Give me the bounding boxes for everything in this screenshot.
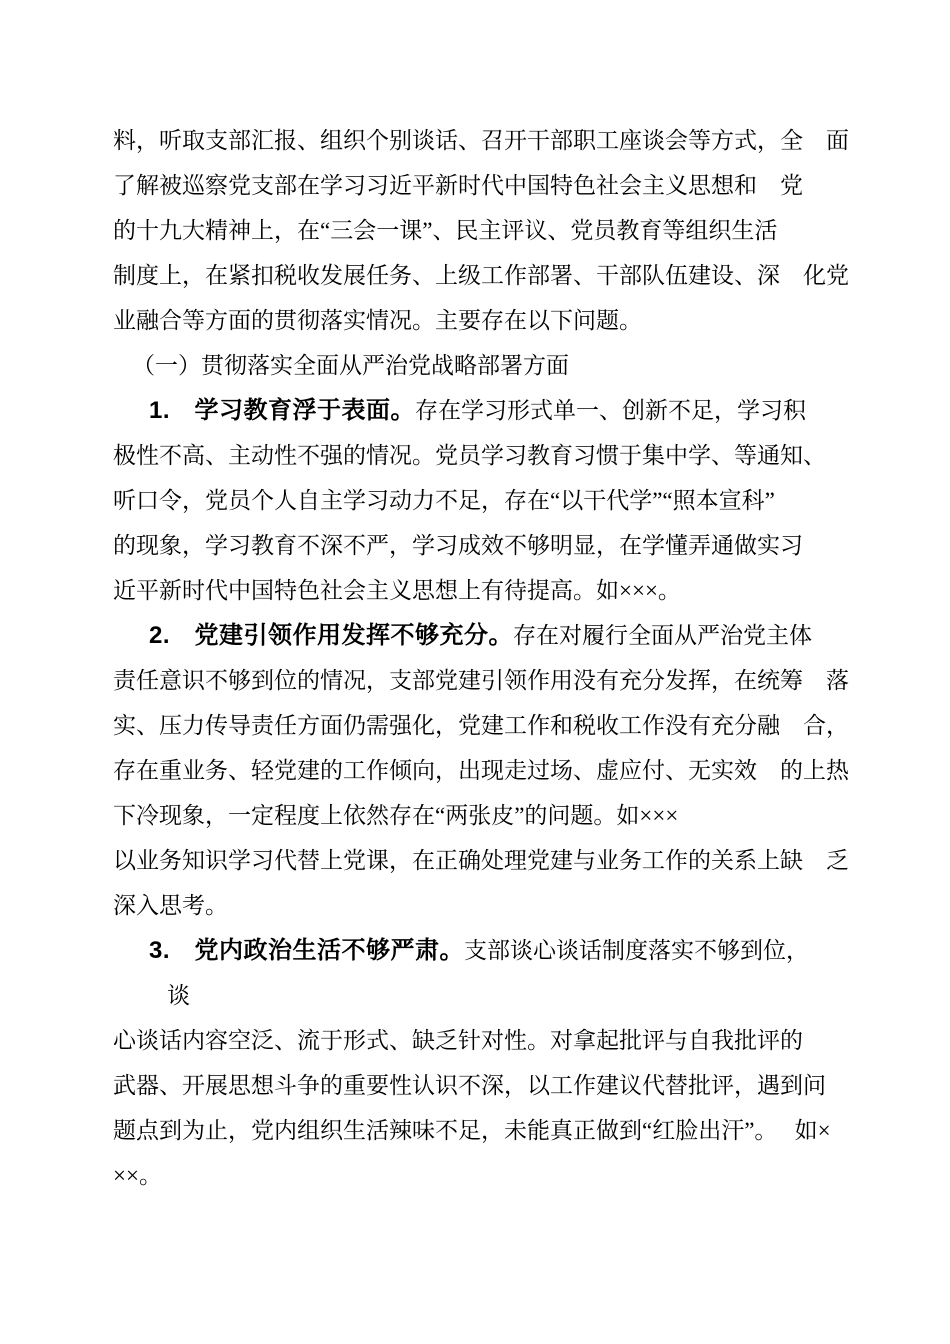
text-line: 料，听取支部汇报、组织个别谈话、召开干部职工座谈会等方式，全 面 (113, 118, 854, 163)
text-line: 极性不高、主动性不强的情况。党员学习教育习惯于集中学、等通知、 (113, 433, 854, 478)
text-line: 的十九大精神上，在“三会一课”、民主评议、党员教育等组织生活 (113, 208, 854, 253)
item-heading: 3. 党内政治生活不够严肃。 (149, 937, 464, 964)
text-segment: 武器、开展思想斗争的重要性认识不深，以工作建议代替批评，遇到问 (113, 1073, 826, 1098)
text-segment: 心谈话内容空泛、流于形式、缺乏针对性。对拿起批评与自我批评的 (113, 1028, 803, 1053)
text-line: 下冷现象，一定程度上依然存在“两张皮”的问题。如××× (113, 793, 854, 838)
text-line: ××。 (113, 1153, 854, 1198)
section-heading-line: （一）贯彻落实全面从严治党战略部署方面 (113, 343, 854, 388)
text-segment: 听口令，党员个人自主学习动力不足，存在“以干代学”“照本宣科” (113, 488, 775, 513)
text-segment: 支部谈心谈话制度落实不够到位， (464, 938, 809, 963)
text-line: 近平新时代中国特色社会主义思想上有待提高。如×××。 (113, 568, 854, 613)
text-segment: 的现象，学习教育不深不严，学习成效不够明显，在学懂弄通做实习 (113, 533, 803, 558)
text-segment: 极性不高、主动性不强的情况。党员学习教育习惯于集中学、等通知、 (113, 443, 826, 468)
text-line: 业融合等方面的贯彻落实情况。主要存在以下问题。 (113, 298, 854, 343)
text-line: 制度上，在紧扣税收发展任务、上级工作部署、干部队伍建设、深 化党 (113, 253, 854, 298)
text-line: 心谈话内容空泛、流于形式、缺乏针对性。对拿起批评与自我批评的 (113, 1018, 854, 1063)
document-body: 料，听取支部汇报、组织个别谈话、召开干部职工座谈会等方式，全 面了解被巡察党支部… (0, 0, 950, 1198)
text-line: 责任意识不够到位的情况，支部党建引领作用没有充分发挥，在统筹 落 (113, 658, 854, 703)
text-segment: 深入思考。 (113, 893, 228, 918)
text-segment: 存在学习形式单一、创新不足，学习积 (415, 398, 806, 423)
text-line: 实、压力传导责任方面仍需强化，党建工作和税收工作没有充分融 合， (113, 703, 854, 748)
text-segment: 题点到为止，党内组织生活辣味不足，未能真正做到“红脸出汗”。 如× (113, 1118, 831, 1143)
text-segment: 制度上，在紧扣税收发展任务、上级工作部署、干部队伍建设、深 化党 (113, 263, 849, 288)
item-heading: 2. 党建引领作用发挥不够充分。 (149, 622, 513, 649)
item-heading: 1. 学习教育浮于表面。 (149, 397, 415, 424)
text-line: 听口令，党员个人自主学习动力不足，存在“以干代学”“照本宣科” (113, 478, 854, 523)
text-segment: 责任意识不够到位的情况，支部党建引领作用没有充分发挥，在统筹 落 (113, 668, 849, 693)
text-segment: 存在重业务、轻党建的工作倾向，出现走过场、虚应付、无实效 的上热 (113, 758, 849, 783)
text-line: 深入思考。 (113, 883, 854, 928)
text-segment: 存在对履行全面从严治党主体 (513, 623, 812, 648)
text-segment: 实、压力传导责任方面仍需强化，党建工作和税收工作没有充分融 合， (113, 713, 849, 738)
text-line: 了解被巡察党支部在学习习近平新时代中国特色社会主义思想和 党 (113, 163, 854, 208)
text-segment: 业融合等方面的贯彻落实情况。主要存在以下问题。 (113, 308, 642, 333)
text-segment: 以业务知识学习代替上党课，在正确处理党建与业务工作的关系上缺 乏 (113, 848, 849, 873)
text-segment: 了解被巡察党支部在学习习近平新时代中国特色社会主义思想和 党 (113, 173, 803, 198)
numbered-item-line: 3. 党内政治生活不够严肃。支部谈心谈话制度落实不够到位， (113, 928, 854, 973)
text-line: 以业务知识学习代替上党课，在正确处理党建与业务工作的关系上缺 乏 (113, 838, 854, 883)
document-page: 料，听取支部汇报、组织个别谈话、召开干部职工座谈会等方式，全 面了解被巡察党支部… (0, 0, 950, 1344)
text-line: 存在重业务、轻党建的工作倾向，出现走过场、虚应付、无实效 的上热 (113, 748, 854, 793)
text-line: 谈 (113, 973, 854, 1018)
text-segment: 谈 (167, 983, 190, 1008)
text-line: 题点到为止，党内组织生活辣味不足，未能真正做到“红脸出汗”。 如× (113, 1108, 854, 1153)
numbered-item-line: 2. 党建引领作用发挥不够充分。存在对履行全面从严治党主体 (113, 613, 854, 658)
text-segment: （一）贯彻落实全面从严治党战略部署方面 (132, 353, 569, 378)
text-segment: 的十九大精神上，在“三会一课”、民主评议、党员教育等组织生活 (113, 218, 777, 243)
text-segment: 近平新时代中国特色社会主义思想上有待提高。如×××。 (113, 578, 681, 603)
text-segment: 下冷现象，一定程度上依然存在“两张皮”的问题。如××× (113, 803, 678, 828)
text-line: 武器、开展思想斗争的重要性认识不深，以工作建议代替批评，遇到问 (113, 1063, 854, 1108)
numbered-item-line: 1. 学习教育浮于表面。存在学习形式单一、创新不足，学习积 (113, 388, 854, 433)
text-segment: ××。 (113, 1163, 162, 1188)
text-line: 的现象，学习教育不深不严，学习成效不够明显，在学懂弄通做实习 (113, 523, 854, 568)
text-segment: 料，听取支部汇报、组织个别谈话、召开干部职工座谈会等方式，全 面 (113, 128, 849, 153)
